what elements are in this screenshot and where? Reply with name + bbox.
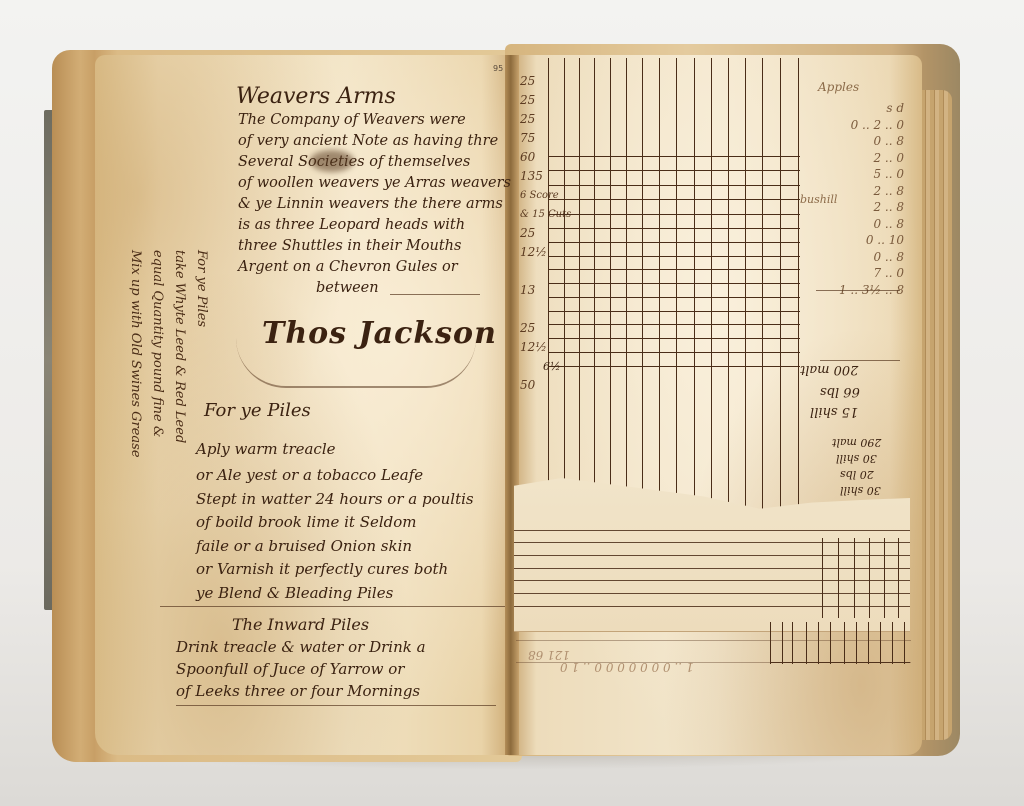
sum-value: 12½ (520, 338, 546, 357)
upside-down-note: 66 lbs (820, 384, 860, 399)
upside-down-note: 290 malt (832, 436, 881, 449)
total-rule (816, 290, 900, 291)
paragraph-line: of woollen weavers ye Arras weavers (238, 175, 511, 191)
recipe-line: Stept in watter 24 hours or a poultis (196, 490, 474, 508)
section-rule (176, 705, 496, 706)
weavers-arms-heading: Weavers Arms (236, 84, 396, 109)
apples-value: 2 .. 0 (832, 150, 904, 167)
sum-value (520, 262, 546, 281)
grid-note: 6½ (543, 360, 561, 373)
slip-grid (822, 538, 910, 618)
paragraph-line: three Shuttles in their Mouths (238, 238, 461, 254)
upside-down-note: 30 shill (840, 484, 881, 497)
sum-value: 25 (520, 319, 546, 338)
apples-value: 2 .. 8 (832, 199, 904, 216)
book-photograph: 95 Weavers Arms The Company of Weavers w… (0, 0, 1024, 806)
upside-down-note: 200 malt (800, 362, 858, 377)
margin-line: take Whyte Leed & Red Leed (168, 250, 190, 570)
bushell-label: bushill (800, 193, 837, 206)
note-rule (820, 360, 900, 361)
recipe-line: faile or a bruised Onion skin (196, 537, 412, 555)
recipe-heading: For ye Piles (204, 400, 311, 421)
sum-value: & 15 Cuts (520, 205, 546, 224)
section-rule (160, 606, 505, 607)
ledger-sums-column: 25 25 25 75 60 135 6 Score & 15 Cuts 25 … (520, 72, 546, 395)
apples-value: 0 .. 10 (832, 232, 904, 249)
sum-value: 13 (520, 281, 546, 300)
upside-down-note: 20 lbs (840, 468, 874, 481)
ledger-grid (548, 58, 804, 523)
recipe-line: or Varnish it perfectly cures both (196, 560, 448, 578)
apples-value: 2 .. 8 (832, 183, 904, 200)
margin-note-vertical: For ye Piles take Whyte Leed & Red Leed … (124, 250, 212, 570)
sum-value: 135 (520, 167, 546, 186)
flourish-line (390, 294, 480, 295)
sum-value: 25 (520, 91, 546, 110)
paragraph-line: is as three Leopard heads with (238, 217, 465, 233)
recipe-line: of Leeks three or four Mornings (176, 682, 420, 700)
faded-text: 1 .. 0 0 0 0 0 0 0 .. 1 0 (560, 660, 694, 674)
recipe-line: Aply warm treacle (196, 440, 336, 458)
apples-value: 0 .. 8 (832, 249, 904, 266)
sum-value: 12½ (520, 243, 546, 262)
upside-down-note: 15 shill (810, 404, 858, 419)
paragraph-line: of very ancient Note as having thre (238, 133, 498, 149)
paragraph-line: & ye Linnin weavers the there arms (238, 196, 503, 212)
apples-heading: Apples (818, 80, 859, 94)
margin-line: equal Quantity pound fine & (146, 250, 168, 570)
recipe-line: Drink treacle & water or Drink a (176, 638, 426, 656)
paragraph-line: Several Societies of themselves (238, 154, 470, 170)
lower-ledger-grid (770, 622, 910, 664)
apples-column-header: s d (832, 100, 904, 117)
inward-piles-heading: The Inward Piles (232, 615, 369, 634)
margin-line: Mix up with Old Swines Grease (124, 250, 146, 570)
paragraph-line: The Company of Weavers were (238, 112, 466, 128)
sum-value: 25 (520, 224, 546, 243)
book-gutter (505, 55, 519, 755)
apples-value: 0 .. 8 (832, 216, 904, 233)
recipe-line: of boild brook lime it Seldom (196, 513, 417, 531)
paragraph-line: between (316, 280, 379, 296)
recipe-line: or Ale yest or a tobacco Leafe (196, 466, 423, 484)
sum-value: 50 (520, 376, 546, 395)
recipe-line: Spoonfull of Juce of Yarrow or (176, 660, 404, 678)
sum-value: 60 (520, 148, 546, 167)
apples-values: s d 0 .. 2 .. 0 0 .. 8 2 .. 0 5 .. 0 2 .… (832, 100, 904, 298)
sum-value: 25 (520, 72, 546, 91)
sum-value (520, 300, 546, 319)
page-number: 95 (493, 64, 503, 73)
sum-value: 25 (520, 110, 546, 129)
ink-stain (310, 150, 354, 172)
faded-number: 68 (528, 648, 543, 662)
apples-value: 5 .. 0 (832, 166, 904, 183)
margin-line: For ye Piles (190, 250, 212, 570)
apples-value: 0 .. 8 (832, 133, 904, 150)
faded-rule (516, 640, 911, 641)
sum-value: 75 (520, 129, 546, 148)
upside-down-note: 30 shill (836, 452, 877, 465)
apples-value: 7 .. 0 (832, 265, 904, 282)
apples-value: 0 .. 2 .. 0 (832, 117, 904, 134)
sum-value: 6 Score (520, 186, 546, 205)
recipe-line: ye Blend & Bleading Piles (196, 584, 393, 602)
paragraph-line: Argent on a Chevron Gules or (238, 259, 458, 275)
signature-flourish (236, 338, 476, 388)
